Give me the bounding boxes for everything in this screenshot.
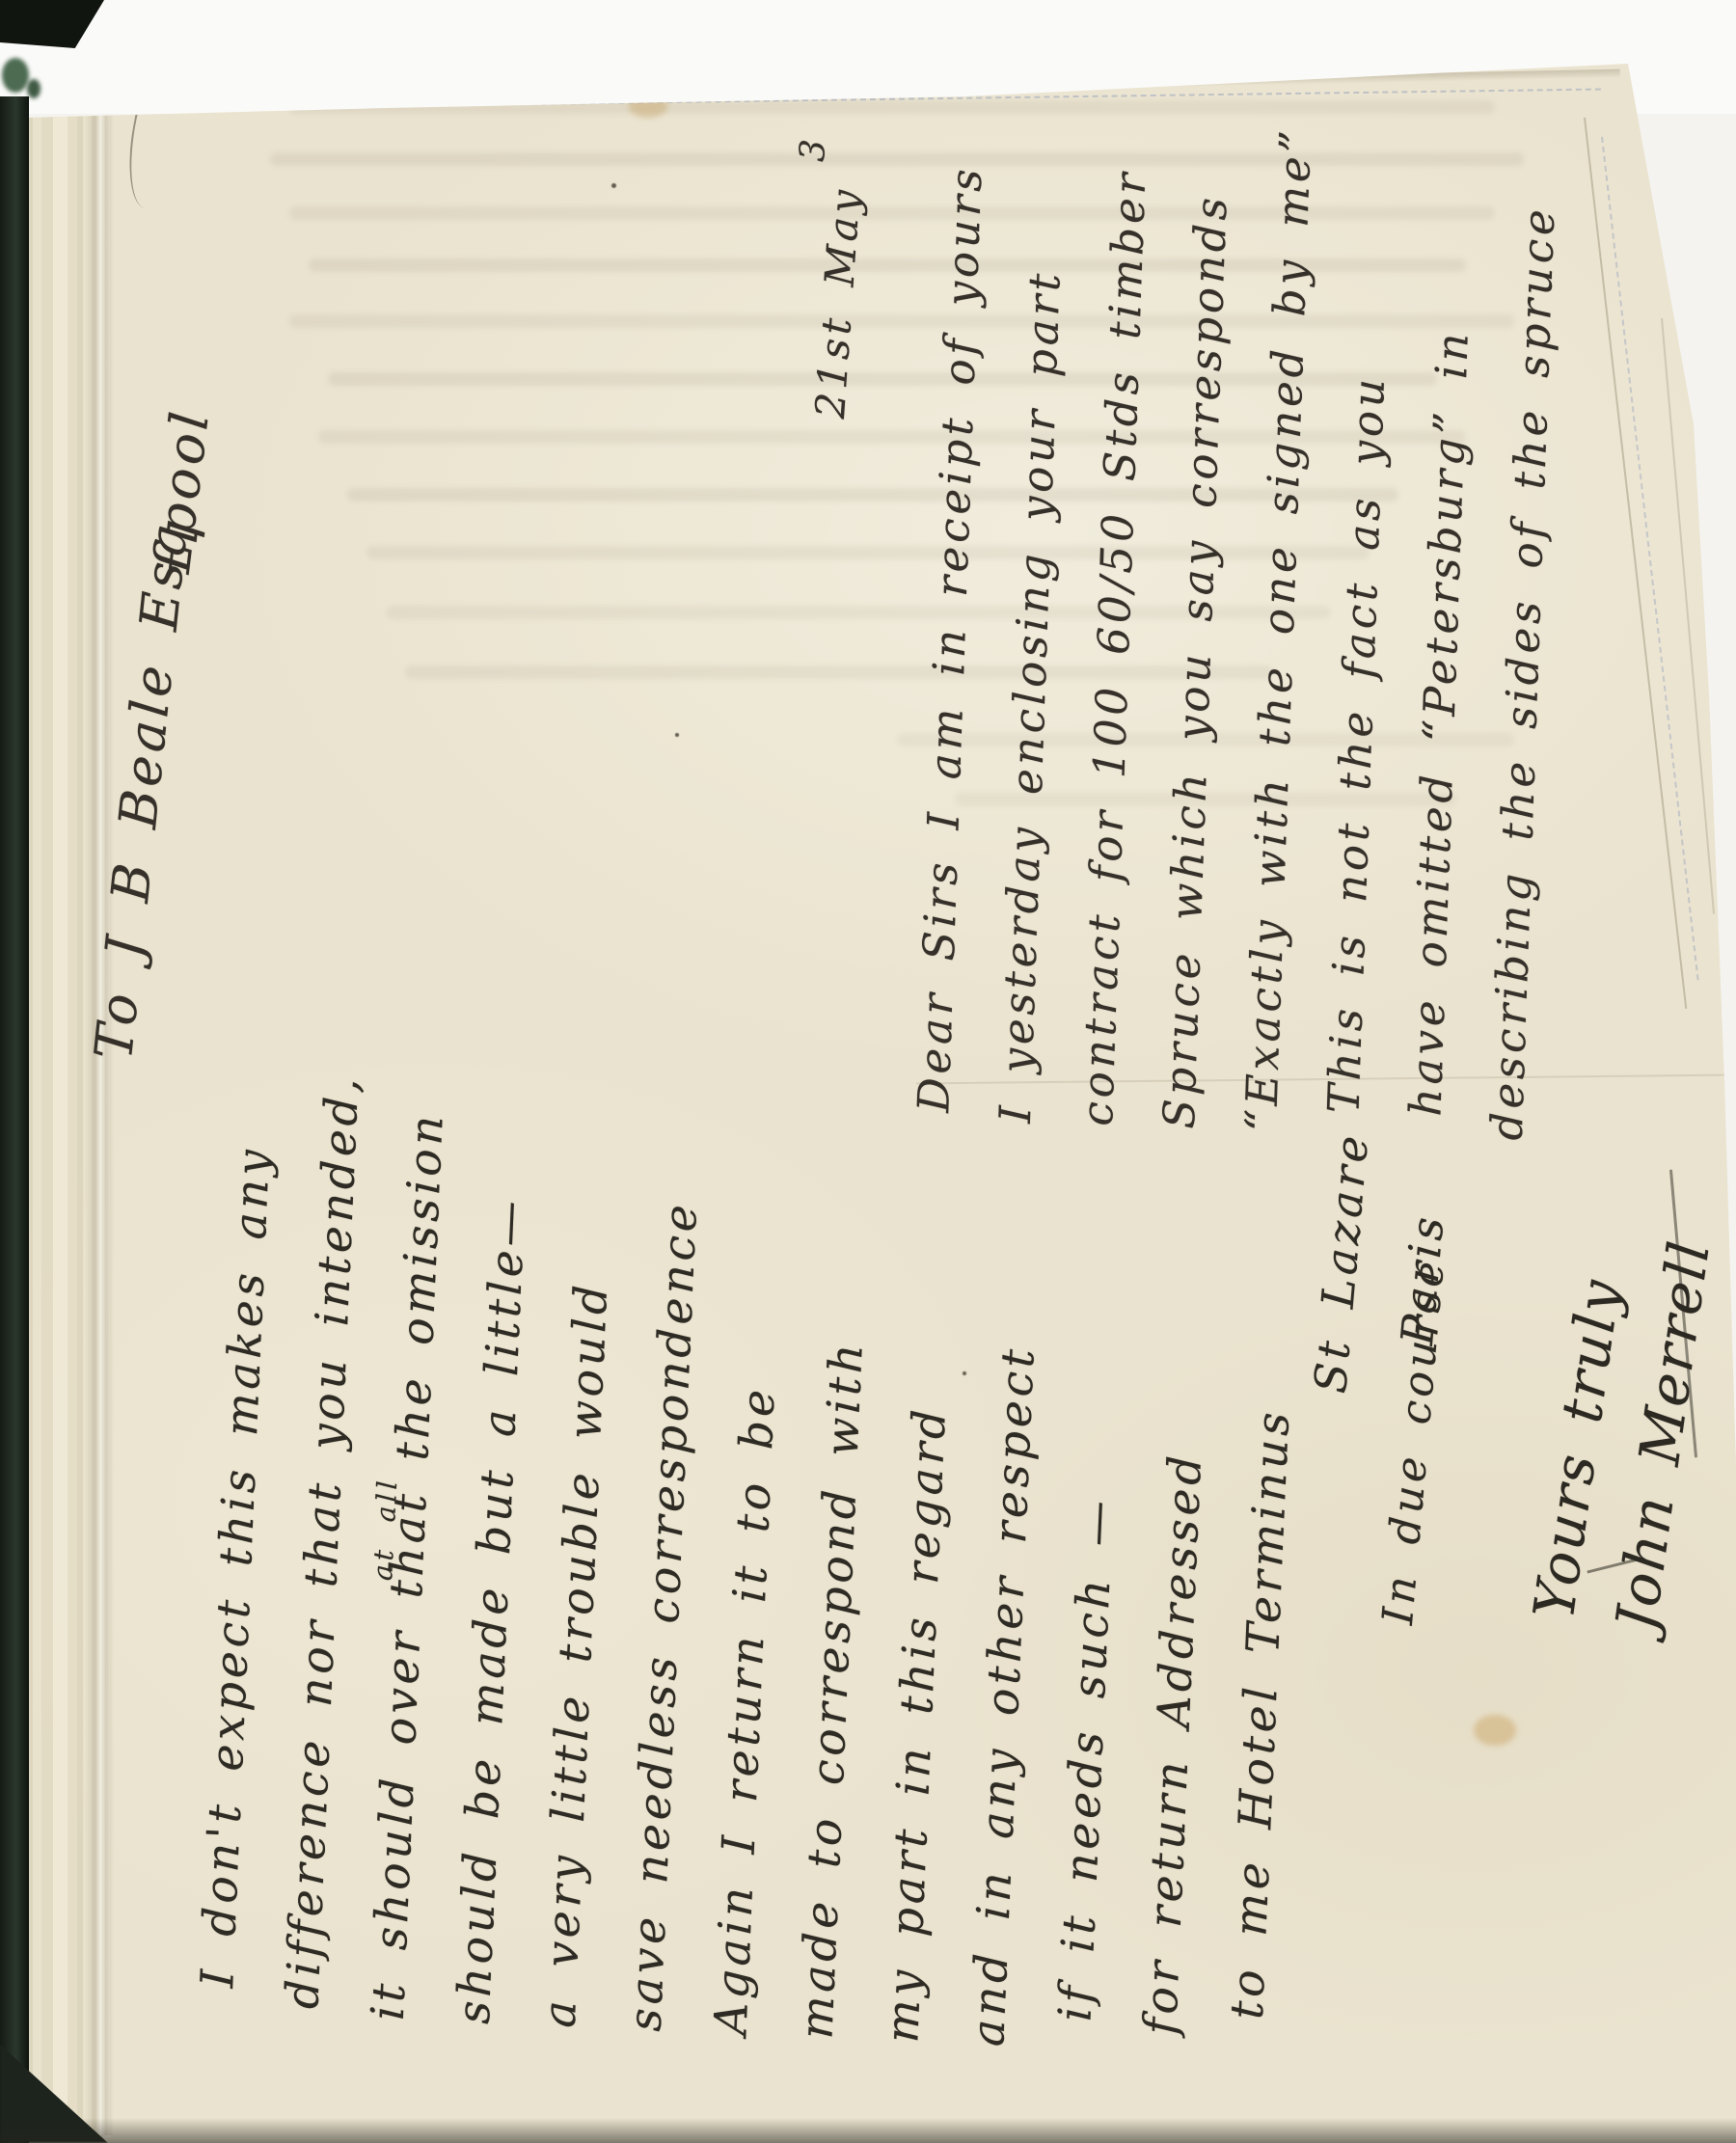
binding-fiber (2, 58, 29, 93)
caret-insertion-note: at all (366, 1437, 419, 1582)
ink-fleck (611, 183, 616, 188)
scan-bottom-shadow (0, 2118, 1736, 2143)
foxing-stain (1474, 1715, 1516, 1746)
letter-place-liverpool: £pool (141, 213, 295, 583)
scanned-letterbook-page: To J B Beale Esq £pool 21st May 3 Dear S… (0, 0, 1736, 2143)
underlying-page-edge (1584, 118, 1687, 1009)
ink-fleck (675, 733, 679, 737)
diagonal-crease (1661, 318, 1715, 914)
book-binding-edge (0, 96, 29, 2143)
letter-body-second-page: I don't expect this makes anydifference … (174, 1047, 1334, 2060)
vertical-fold-crease (85, 100, 114, 2135)
letter-date: 21st May (806, 222, 883, 420)
blue-ruled-edge-line-right (1601, 137, 1699, 981)
binding-fiber (27, 79, 41, 98)
letter-body-first-page: Dear Sirs I am in receipt of yoursI yest… (892, 78, 1593, 1142)
date-margin-mark: 3 (793, 112, 840, 163)
closing-phrase: In due course (1373, 1384, 1486, 1630)
letter-paper: To J B Beale Esq £pool 21st May 3 Dear S… (0, 0, 1736, 2143)
